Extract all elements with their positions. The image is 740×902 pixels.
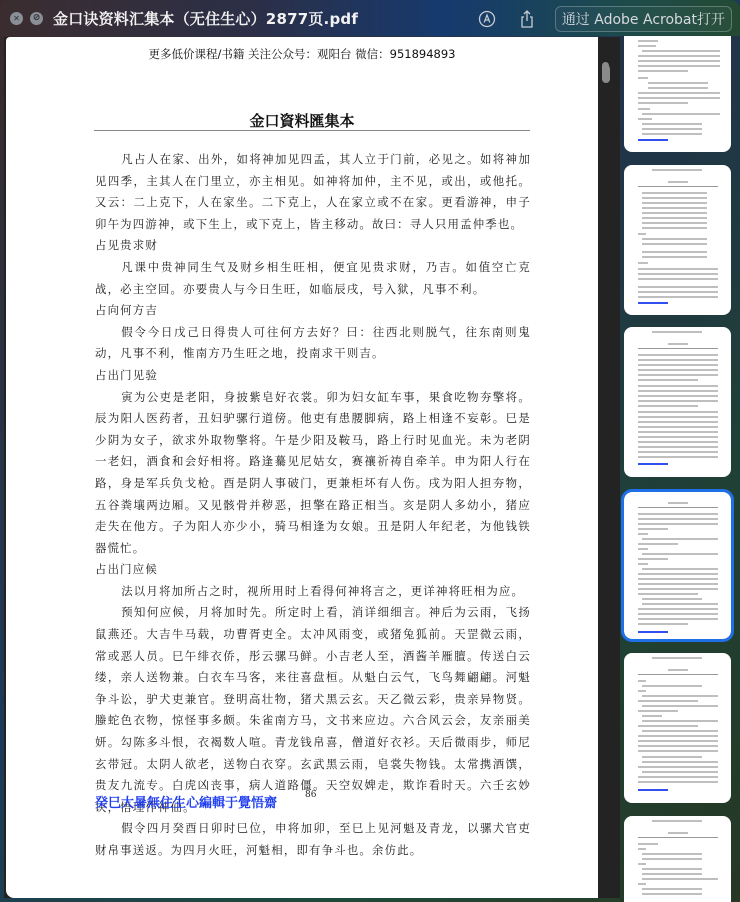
page-body: 凡占人在家、出外，如将神加见四孟，其人立于门前，必见之。如将神加见四季，主其人在…	[95, 149, 531, 862]
section-heading: 占出门应候	[95, 559, 531, 581]
page-thumbnail[interactable]	[624, 36, 731, 152]
pdf-viewer-window: ✕ ⊘ 金口诀资料汇集本（无住生心）2877页.pdf 通过 Adobe Acr…	[0, 0, 740, 902]
close-button[interactable]: ✕	[10, 12, 23, 25]
section-heading: 占出门见验	[95, 365, 531, 387]
window-title: 金口诀资料汇集本（无住生心）2877页.pdf	[53, 8, 358, 29]
pen-circle-icon	[478, 10, 496, 28]
paragraph: 凡占人在家、出外，如将神加见四孟，其人立于门前，必见之。如将神加见四季，主其人在…	[95, 149, 531, 235]
title-bar: ✕ ⊘ 金口诀资料汇集本（无住生心）2877页.pdf 通过 Adobe Acr…	[0, 0, 740, 36]
share-icon	[519, 9, 535, 29]
close-icon: ✕	[13, 14, 20, 23]
title-divider	[94, 130, 530, 131]
page-thumbnail[interactable]	[624, 327, 731, 477]
page-thumbnail-selected[interactable]	[624, 492, 731, 639]
section-heading: 占向何方吉	[95, 300, 531, 322]
markup-button[interactable]	[475, 7, 499, 31]
share-button[interactable]	[515, 7, 539, 31]
section-heading: 占见贵求财	[95, 235, 531, 257]
document-view[interactable]: 更多低价课程/书籍 关注公众号：观阳台 微信：951894893 金口資料匯集本…	[4, 37, 620, 898]
page-thumbnail[interactable]	[624, 165, 731, 315]
page-footer: 癸巳大暑無住生心編輯于覺悟齋 86	[95, 792, 555, 812]
paragraph: 假令今日戊己日得贵人可往何方去好？曰：往西北则脱气，往东南则鬼动，凡事不利，惟南…	[95, 322, 531, 365]
document-title: 金口資料匯集本	[6, 110, 598, 131]
footer-credit: 癸巳大暑無住生心編輯于覺悟齋	[95, 792, 277, 811]
minimize-button[interactable]: ⊘	[30, 12, 43, 25]
page-thumbnail[interactable]	[624, 653, 731, 803]
paragraph: 假令四月癸酉日卯时巳位，申将加卯，至巳上见河魁及青龙，以骡犬官吏财帛事送返。为四…	[95, 818, 531, 861]
pdf-page: 更多低价课程/书籍 关注公众号：观阳台 微信：951894893 金口資料匯集本…	[6, 37, 598, 898]
paragraph: 寅为公吏是老阳，身披紫皂好衣裳。卯为妇女缸车事，果食吃物夯擎将。辰为阳人医药者，…	[95, 387, 531, 560]
paragraph: 预知何应候，月将加时先。所定时上看，消详细细言。神后为云雨，飞扬鼠燕还。大吉牛马…	[95, 602, 531, 818]
minimize-icon: ⊘	[33, 13, 41, 23]
page-number: 86	[305, 790, 316, 800]
paragraph: 凡课中贵神同生气及财乡相生旺相，便宜见贵求财，乃吉。如值空亡克战，必主空回。亦要…	[95, 257, 531, 300]
sidebar-scrollbar[interactable]	[602, 62, 609, 82]
paragraph: 法以月将加所占之时，视所用时上看得何神将言之，更详神将旺相为应。	[95, 581, 531, 603]
open-in-acrobat-button[interactable]: 通过 Adobe Acrobat打开	[555, 6, 732, 32]
page-header-note: 更多低价课程/书籍 关注公众号：观阳台 微信：951894893	[6, 46, 598, 62]
page-thumbnail[interactable]	[624, 816, 731, 902]
toolbar-right: 通过 Adobe Acrobat打开	[475, 6, 732, 32]
